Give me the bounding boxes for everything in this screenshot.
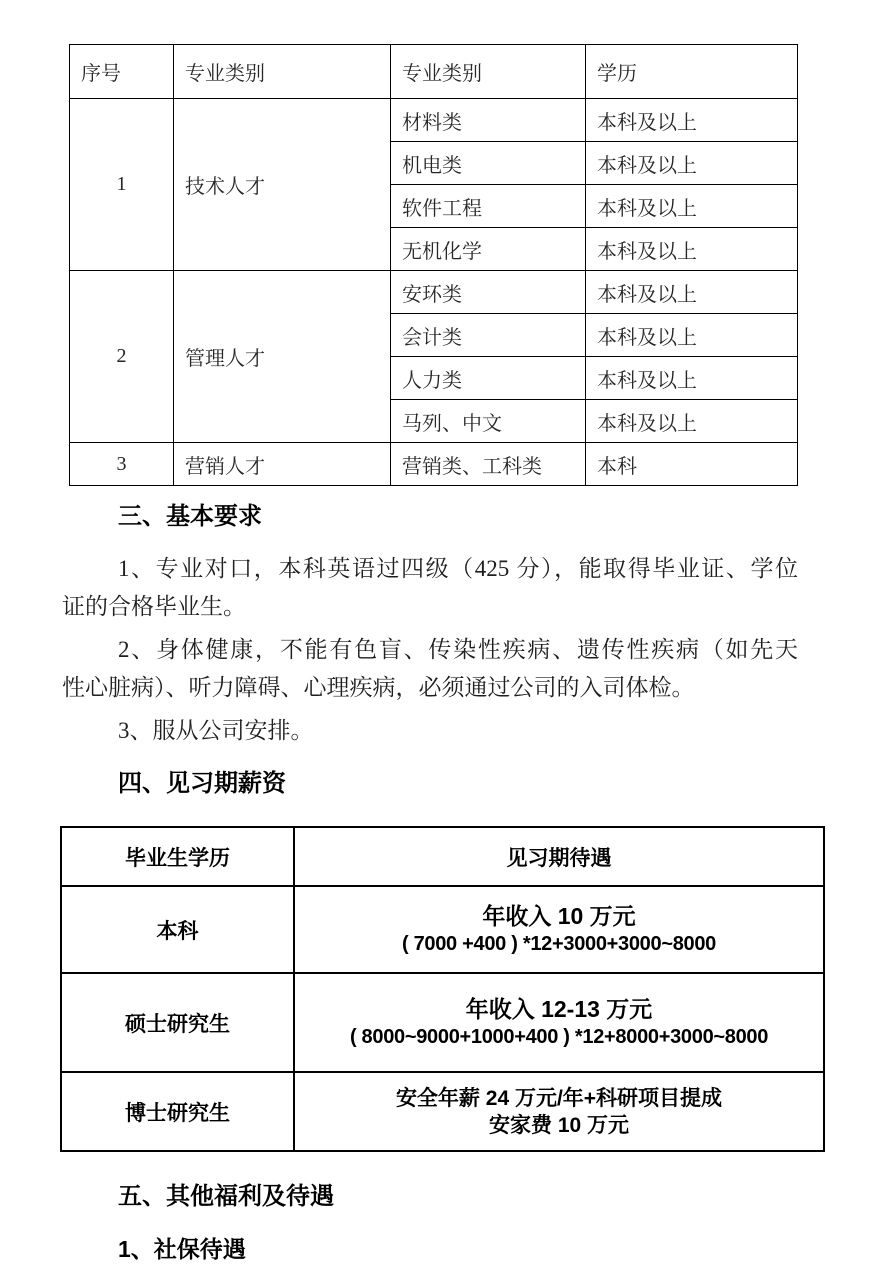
requirement-item-1: 1、专业对口，本科英语过四级（425 分），能取得毕业证、学位 证的合格毕业生。 (62, 550, 798, 626)
pay-headline: 年收入 10 万元 (295, 902, 823, 931)
column-header-graduate-degree: 毕业生学历 (61, 827, 294, 886)
pay-line: 安全年薪 24 万元/年+科研项目提成 (295, 1085, 823, 1112)
document-page: 序号 专业类别 专业类别 学历 1 技术人才 材料类 本科及以上 机电类 本科及… (0, 0, 869, 1279)
major-cell: 软件工程 (391, 185, 586, 228)
degree-cell: 本科及以上 (586, 228, 798, 271)
pay-headline: 年收入 12-13 万元 (295, 995, 823, 1024)
column-header-no: 序号 (70, 45, 174, 99)
degree-label: 本科 (61, 886, 294, 973)
major-cell: 安环类 (391, 271, 586, 314)
major-cell: 机电类 (391, 142, 586, 185)
salary-row-master: 硕士研究生 年收入 12-13 万元 ( 8000~9000+1000+400 … (61, 973, 824, 1072)
degree-cell: 本科及以上 (586, 400, 798, 443)
column-header-category: 专业类别 (174, 45, 391, 99)
pay-cell: 年收入 10 万元 ( 7000 +400 ) *12+3000+3000~80… (294, 886, 824, 973)
pay-cell: 安全年薪 24 万元/年+科研项目提成 安家费 10 万元 (294, 1072, 824, 1151)
degree-cell: 本科及以上 (586, 99, 798, 142)
requirement-item-2: 2、身体健康，不能有色盲、传染性疾病、遗传性疾病（如先天 性心脏病）、听力障碍、… (62, 631, 798, 707)
positions-table: 序号 专业类别 专业类别 学历 1 技术人才 材料类 本科及以上 机电类 本科及… (69, 44, 798, 486)
requirements-paragraphs: 1、专业对口，本科英语过四级（425 分），能取得毕业证、学位 证的合格毕业生。… (62, 550, 798, 750)
section-heading-requirements: 三、基本要求 (118, 501, 262, 533)
salary-row-doctor: 博士研究生 安全年薪 24 万元/年+科研项目提成 安家费 10 万元 (61, 1072, 824, 1151)
positions-header-row: 序号 专业类别 专业类别 学历 (70, 45, 798, 99)
degree-cell: 本科及以上 (586, 271, 798, 314)
column-header-degree: 学历 (586, 45, 798, 99)
salary-header-row: 毕业生学历 见习期待遇 (61, 827, 824, 886)
paragraph-line: 3、服从公司安排。 (62, 712, 798, 750)
section-heading-salary: 四、见习期薪资 (118, 768, 286, 800)
degree-label: 博士研究生 (61, 1072, 294, 1151)
major-cell: 材料类 (391, 99, 586, 142)
group-no: 3 (70, 443, 174, 486)
group-no: 2 (70, 271, 174, 443)
sub-heading-social-security: 1、社保待遇 (118, 1233, 246, 1265)
degree-cell: 本科及以上 (586, 357, 798, 400)
pay-formula: ( 8000~9000+1000+400 ) *12+8000+3000~800… (295, 1024, 823, 1050)
pay-formula: ( 7000 +400 ) *12+3000+3000~8000 (295, 931, 823, 957)
degree-cell: 本科及以上 (586, 142, 798, 185)
group-category: 管理人才 (174, 271, 391, 443)
degree-cell: 本科及以上 (586, 314, 798, 357)
degree-label: 硕士研究生 (61, 973, 294, 1072)
major-cell: 营销类、工科类 (391, 443, 586, 486)
pay-line: 安家费 10 万元 (295, 1112, 823, 1139)
table-row: 2 管理人才 安环类 本科及以上 (70, 271, 798, 314)
degree-cell: 本科及以上 (586, 185, 798, 228)
salary-table: 毕业生学历 见习期待遇 本科 年收入 10 万元 ( 7000 +400 ) *… (60, 826, 825, 1152)
group-no: 1 (70, 99, 174, 271)
requirement-item-3: 3、服从公司安排。 (62, 712, 798, 750)
pay-cell: 年收入 12-13 万元 ( 8000~9000+1000+400 ) *12+… (294, 973, 824, 1072)
paragraph-line: 2、身体健康，不能有色盲、传染性疾病、遗传性疾病（如先天 (62, 631, 798, 669)
section-heading-welfare: 五、其他福利及待遇 (118, 1181, 334, 1213)
table-row: 1 技术人才 材料类 本科及以上 (70, 99, 798, 142)
salary-row-bachelor: 本科 年收入 10 万元 ( 7000 +400 ) *12+3000+3000… (61, 886, 824, 973)
major-cell: 人力类 (391, 357, 586, 400)
column-header-major: 专业类别 (391, 45, 586, 99)
group-category: 营销人才 (174, 443, 391, 486)
major-cell: 马列、中文 (391, 400, 586, 443)
paragraph-line: 性心脏病）、听力障碍、心理疾病，必须通过公司的入司体检。 (62, 669, 798, 707)
paragraph-line: 1、专业对口，本科英语过四级（425 分），能取得毕业证、学位 (62, 550, 798, 588)
major-cell: 会计类 (391, 314, 586, 357)
major-cell: 无机化学 (391, 228, 586, 271)
column-header-probation-pay: 见习期待遇 (294, 827, 824, 886)
table-row: 3 营销人才 营销类、工科类 本科 (70, 443, 798, 486)
group-category: 技术人才 (174, 99, 391, 271)
degree-cell: 本科 (586, 443, 798, 486)
paragraph-line: 证的合格毕业生。 (62, 588, 798, 626)
